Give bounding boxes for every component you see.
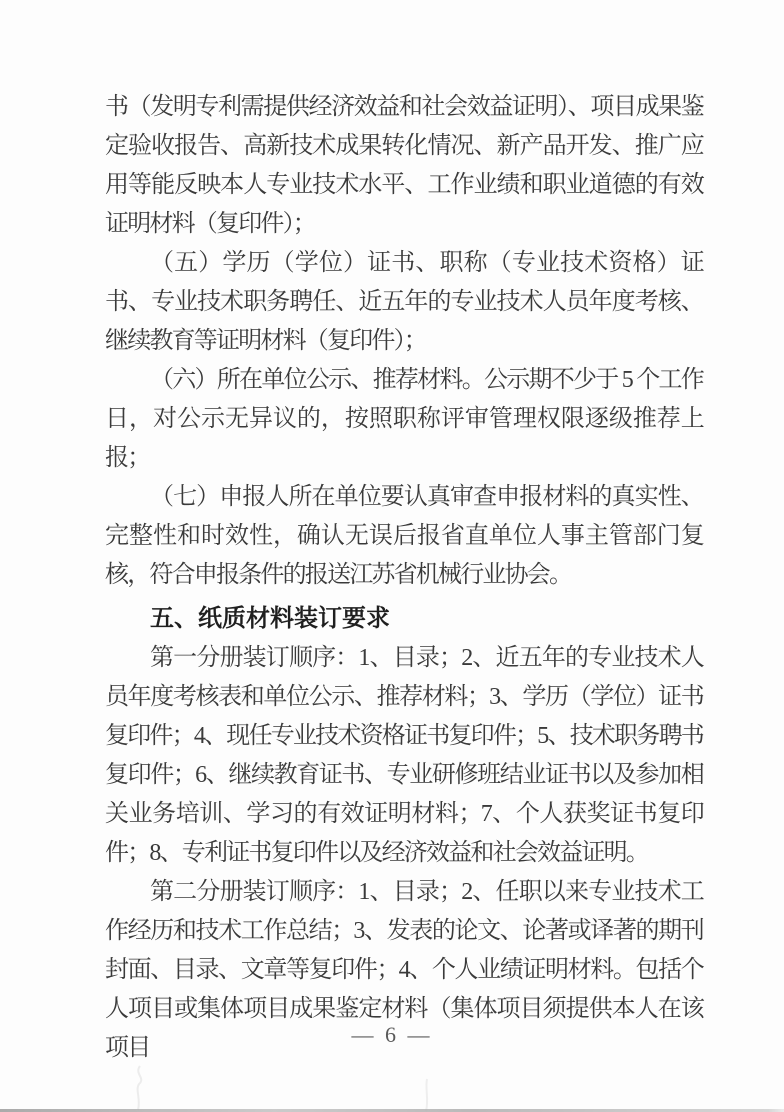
paragraph-item-7: （七）申报人所在单位要认真审查申报材料的真实性、完整性和时效性，确认无误后报省直… xyxy=(105,478,703,595)
page-number: — 6 — xyxy=(0,1022,784,1048)
document-page: 书（发明专利需提供经济效益和社会效益证明）、项目成果鉴定验收报告、高新技术成果转… xyxy=(0,0,784,1112)
pencil-mark xyxy=(420,1078,434,1112)
paragraph-item-5: （五）学历（学位）证书、职称（专业技术资格）证书、专业技术职务聘任、近五年的专业… xyxy=(105,244,703,361)
paragraph-item-6: （六）所在单位公示、推荐材料。公示期不少于 5 个工作日，对公示无异议的，按照职… xyxy=(105,361,703,478)
document-body: 书（发明专利需提供经济效益和社会效益证明）、项目成果鉴定验收报告、高新技术成果转… xyxy=(105,88,703,1068)
pencil-mark xyxy=(126,1064,156,1112)
paragraph-continuation: 书（发明专利需提供经济效益和社会效益证明）、项目成果鉴定验收报告、高新技术成果转… xyxy=(105,88,703,244)
paragraph-volume-1: 第一分册装订顺序：1、目录；2、近五年的专业技术人员年度考核表和单位公示、推荐材… xyxy=(105,639,703,873)
section-heading: 五、纸质材料装订要求 xyxy=(105,599,703,638)
